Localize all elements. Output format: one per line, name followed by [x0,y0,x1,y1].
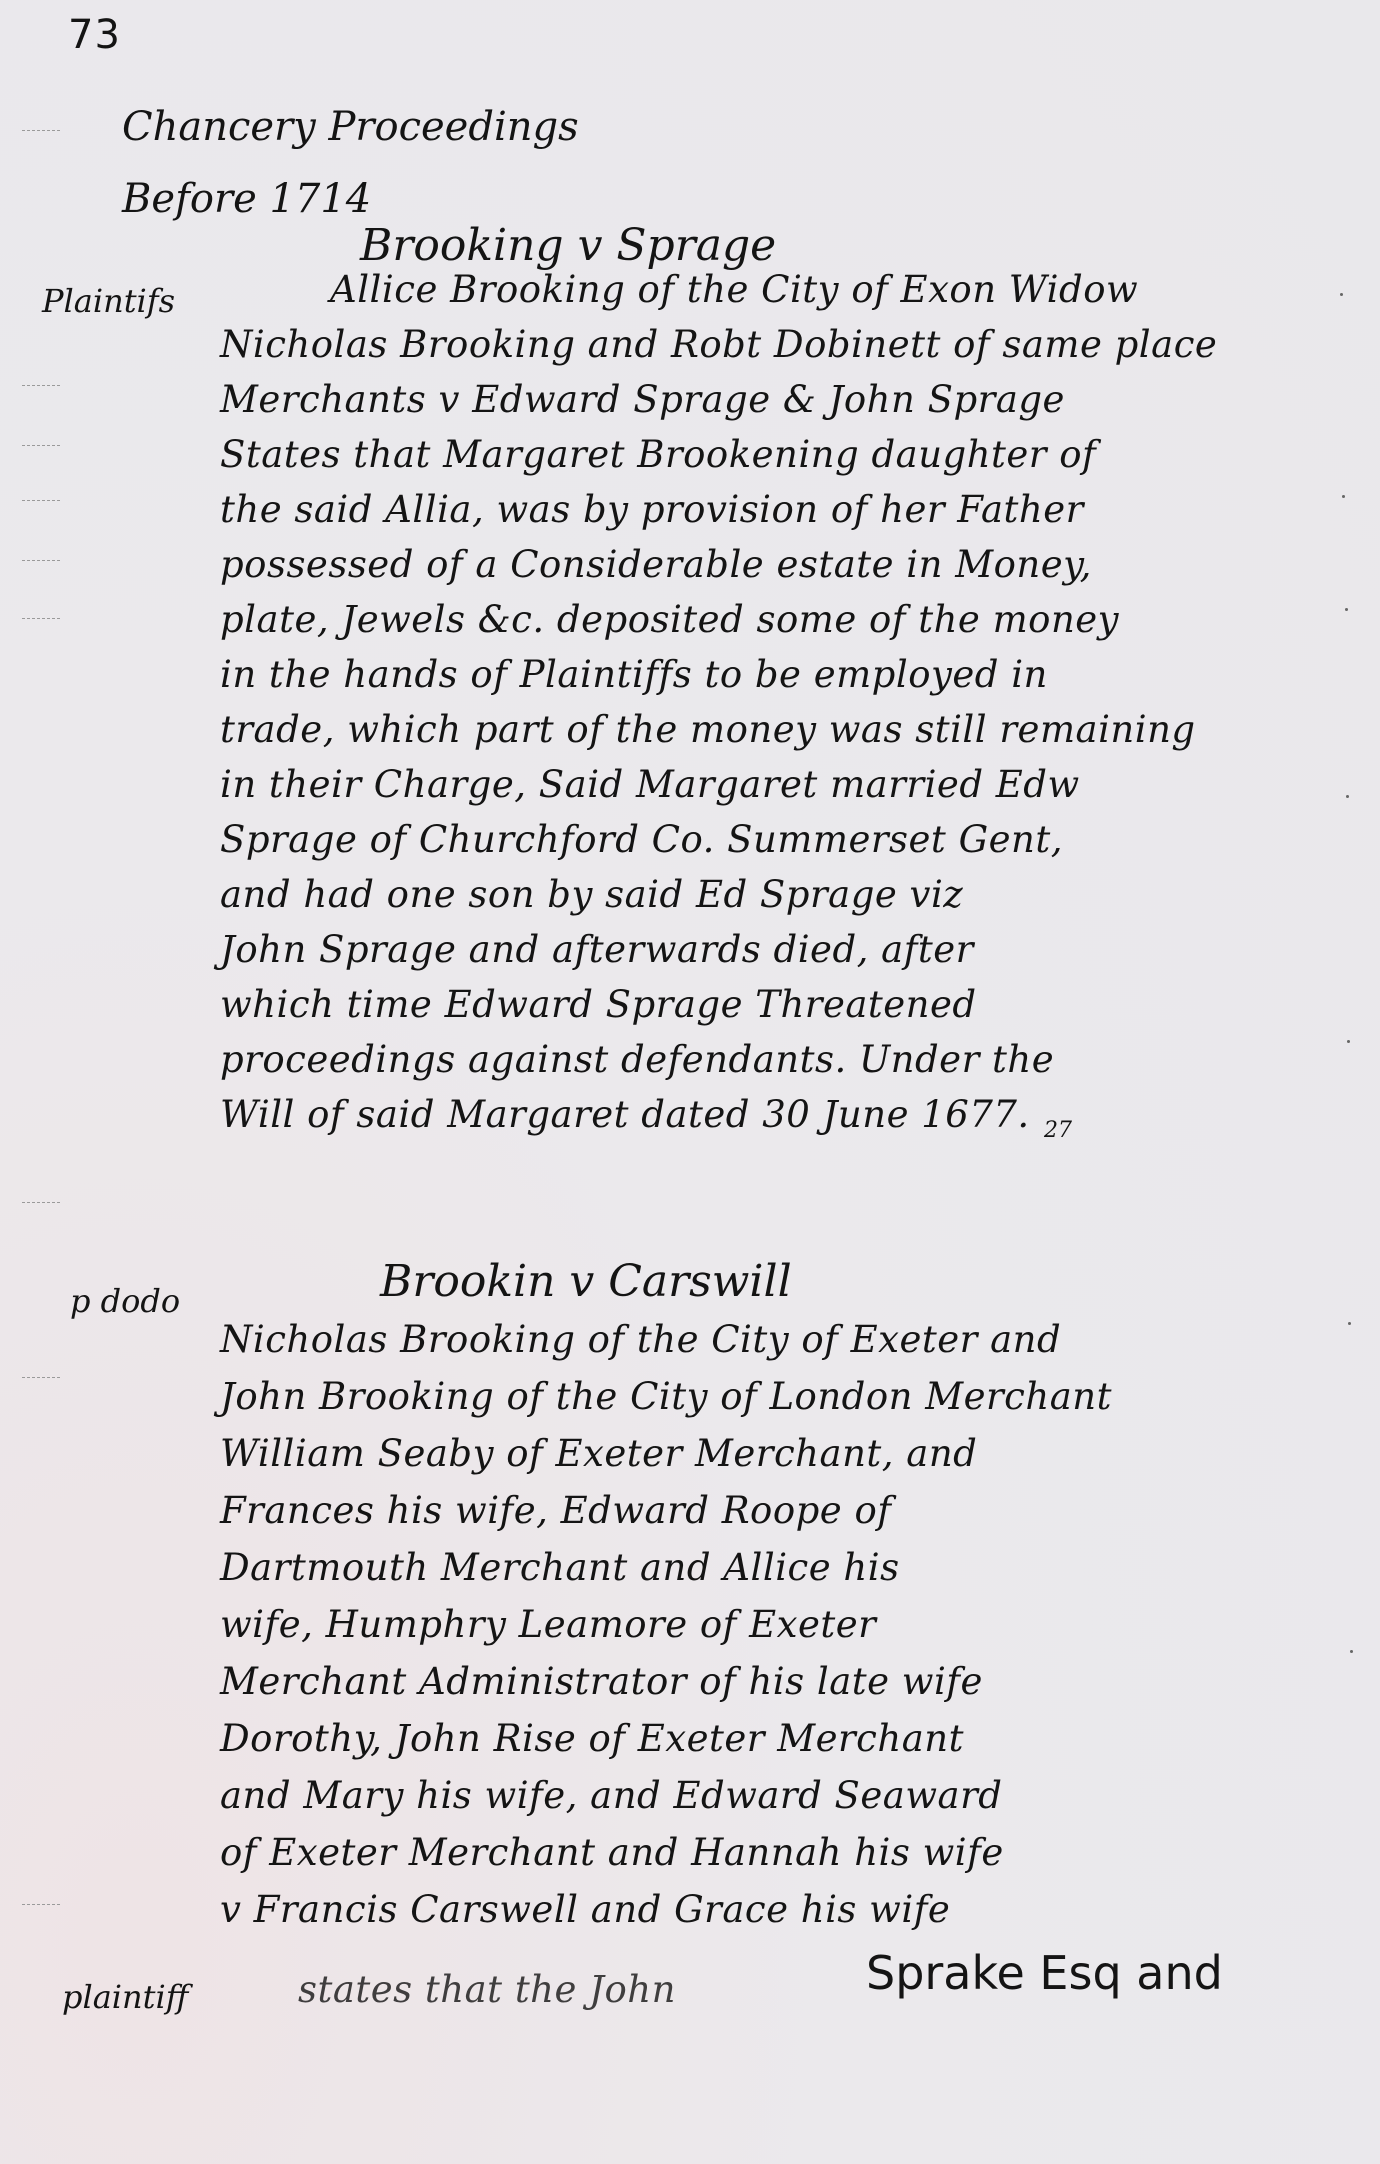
case1-line: in the hands of Plaintiffs to be employe… [220,653,1048,696]
margin-dot [1342,495,1345,498]
case1-line: Nicholas Brooking and Robt Dobinett of s… [220,323,1217,366]
case2-final-line-print: Sprake Esq and [866,1946,1223,2000]
margin-mark [22,385,60,387]
case2-line: of Exeter Merchant and Hannah his wife [220,1831,1004,1874]
case1-line: States that Margaret Brookening daughter… [220,433,1096,476]
case2-final-line-script: states that the John [298,1968,676,2011]
case1-heading: Brooking v Sprage [360,220,776,271]
margin-dot [1348,1322,1351,1325]
case2-line: Nicholas Brooking of the City of Exeter … [220,1318,1061,1361]
case2-line: v Francis Carswell and Grace his wife [220,1888,950,1931]
margin-mark [22,560,60,562]
margin-dot [1347,1040,1350,1043]
case1-line: proceedings against defendants. Under th… [220,1038,1054,1081]
date-superscript: 27 [1044,1118,1072,1143]
case1-margin-label: Plaintifs [42,282,175,320]
case2-line: wife, Humphry Leamore of Exeter [220,1603,876,1646]
case1-line: Will of said Margaret dated 30 June 1677… [220,1093,1030,1136]
case2-line: Dartmouth Merchant and Allice his [220,1546,900,1589]
margin-mark [22,1904,60,1906]
margin-dot [1346,795,1349,798]
margin-mark [22,618,60,620]
page-number: 73 [68,12,121,58]
case2-margin-label: p dodo [70,1282,180,1320]
case2-line: William Seaby of Exeter Merchant, and [220,1432,977,1475]
case2-line: Merchant Administrator of his late wife [220,1660,983,1703]
case1-line: in their Charge, Said Margaret married E… [220,763,1080,806]
case1-line: Allice Brooking of the City of Exon Wido… [330,268,1138,311]
document-title: Chancery Proceedings [122,104,579,150]
case2-line: Frances his wife, Edward Roope of [220,1489,891,1532]
case2-line: Dorothy, John Rise of Exeter Merchant [220,1717,964,1760]
margin-mark [22,500,60,502]
case2-line: and Mary his wife, and Edward Seaward [220,1774,1002,1817]
margin-mark [22,1202,60,1204]
case2-heading: Brookin v Carswill [380,1256,792,1307]
case1-line: which time Edward Sprage Threatened [220,983,977,1026]
margin-mark [22,445,60,447]
case1-line: plate, Jewels &c. deposited some of the … [220,598,1119,641]
margin-mark [22,130,60,132]
margin-mark [22,1377,60,1379]
margin-dot [1340,293,1343,296]
margin-dot [1345,608,1348,611]
case1-line: Sprage of Churchford Co. Summerset Gent, [220,818,1063,861]
case1-line: John Sprage and afterwards died, after [220,928,974,971]
case1-line: Merchants v Edward Sprage & John Sprage [220,378,1065,421]
document-page: 73 Chancery Proceedings Before 1714 Broo… [0,0,1380,2164]
case2-plaintiff-margin-label: plaintiff [62,1978,188,2016]
case2-line: John Brooking of the City of London Merc… [220,1375,1112,1418]
case1-line: the said Allia, was by provision of her … [220,488,1084,531]
margin-dot [1350,1650,1353,1653]
case1-line: possessed of a Considerable estate in Mo… [220,543,1092,586]
case1-line: and had one son by said Ed Sprage viz [220,873,963,916]
document-subtitle: Before 1714 [122,176,371,222]
case1-line: trade, which part of the money was still… [220,708,1196,751]
